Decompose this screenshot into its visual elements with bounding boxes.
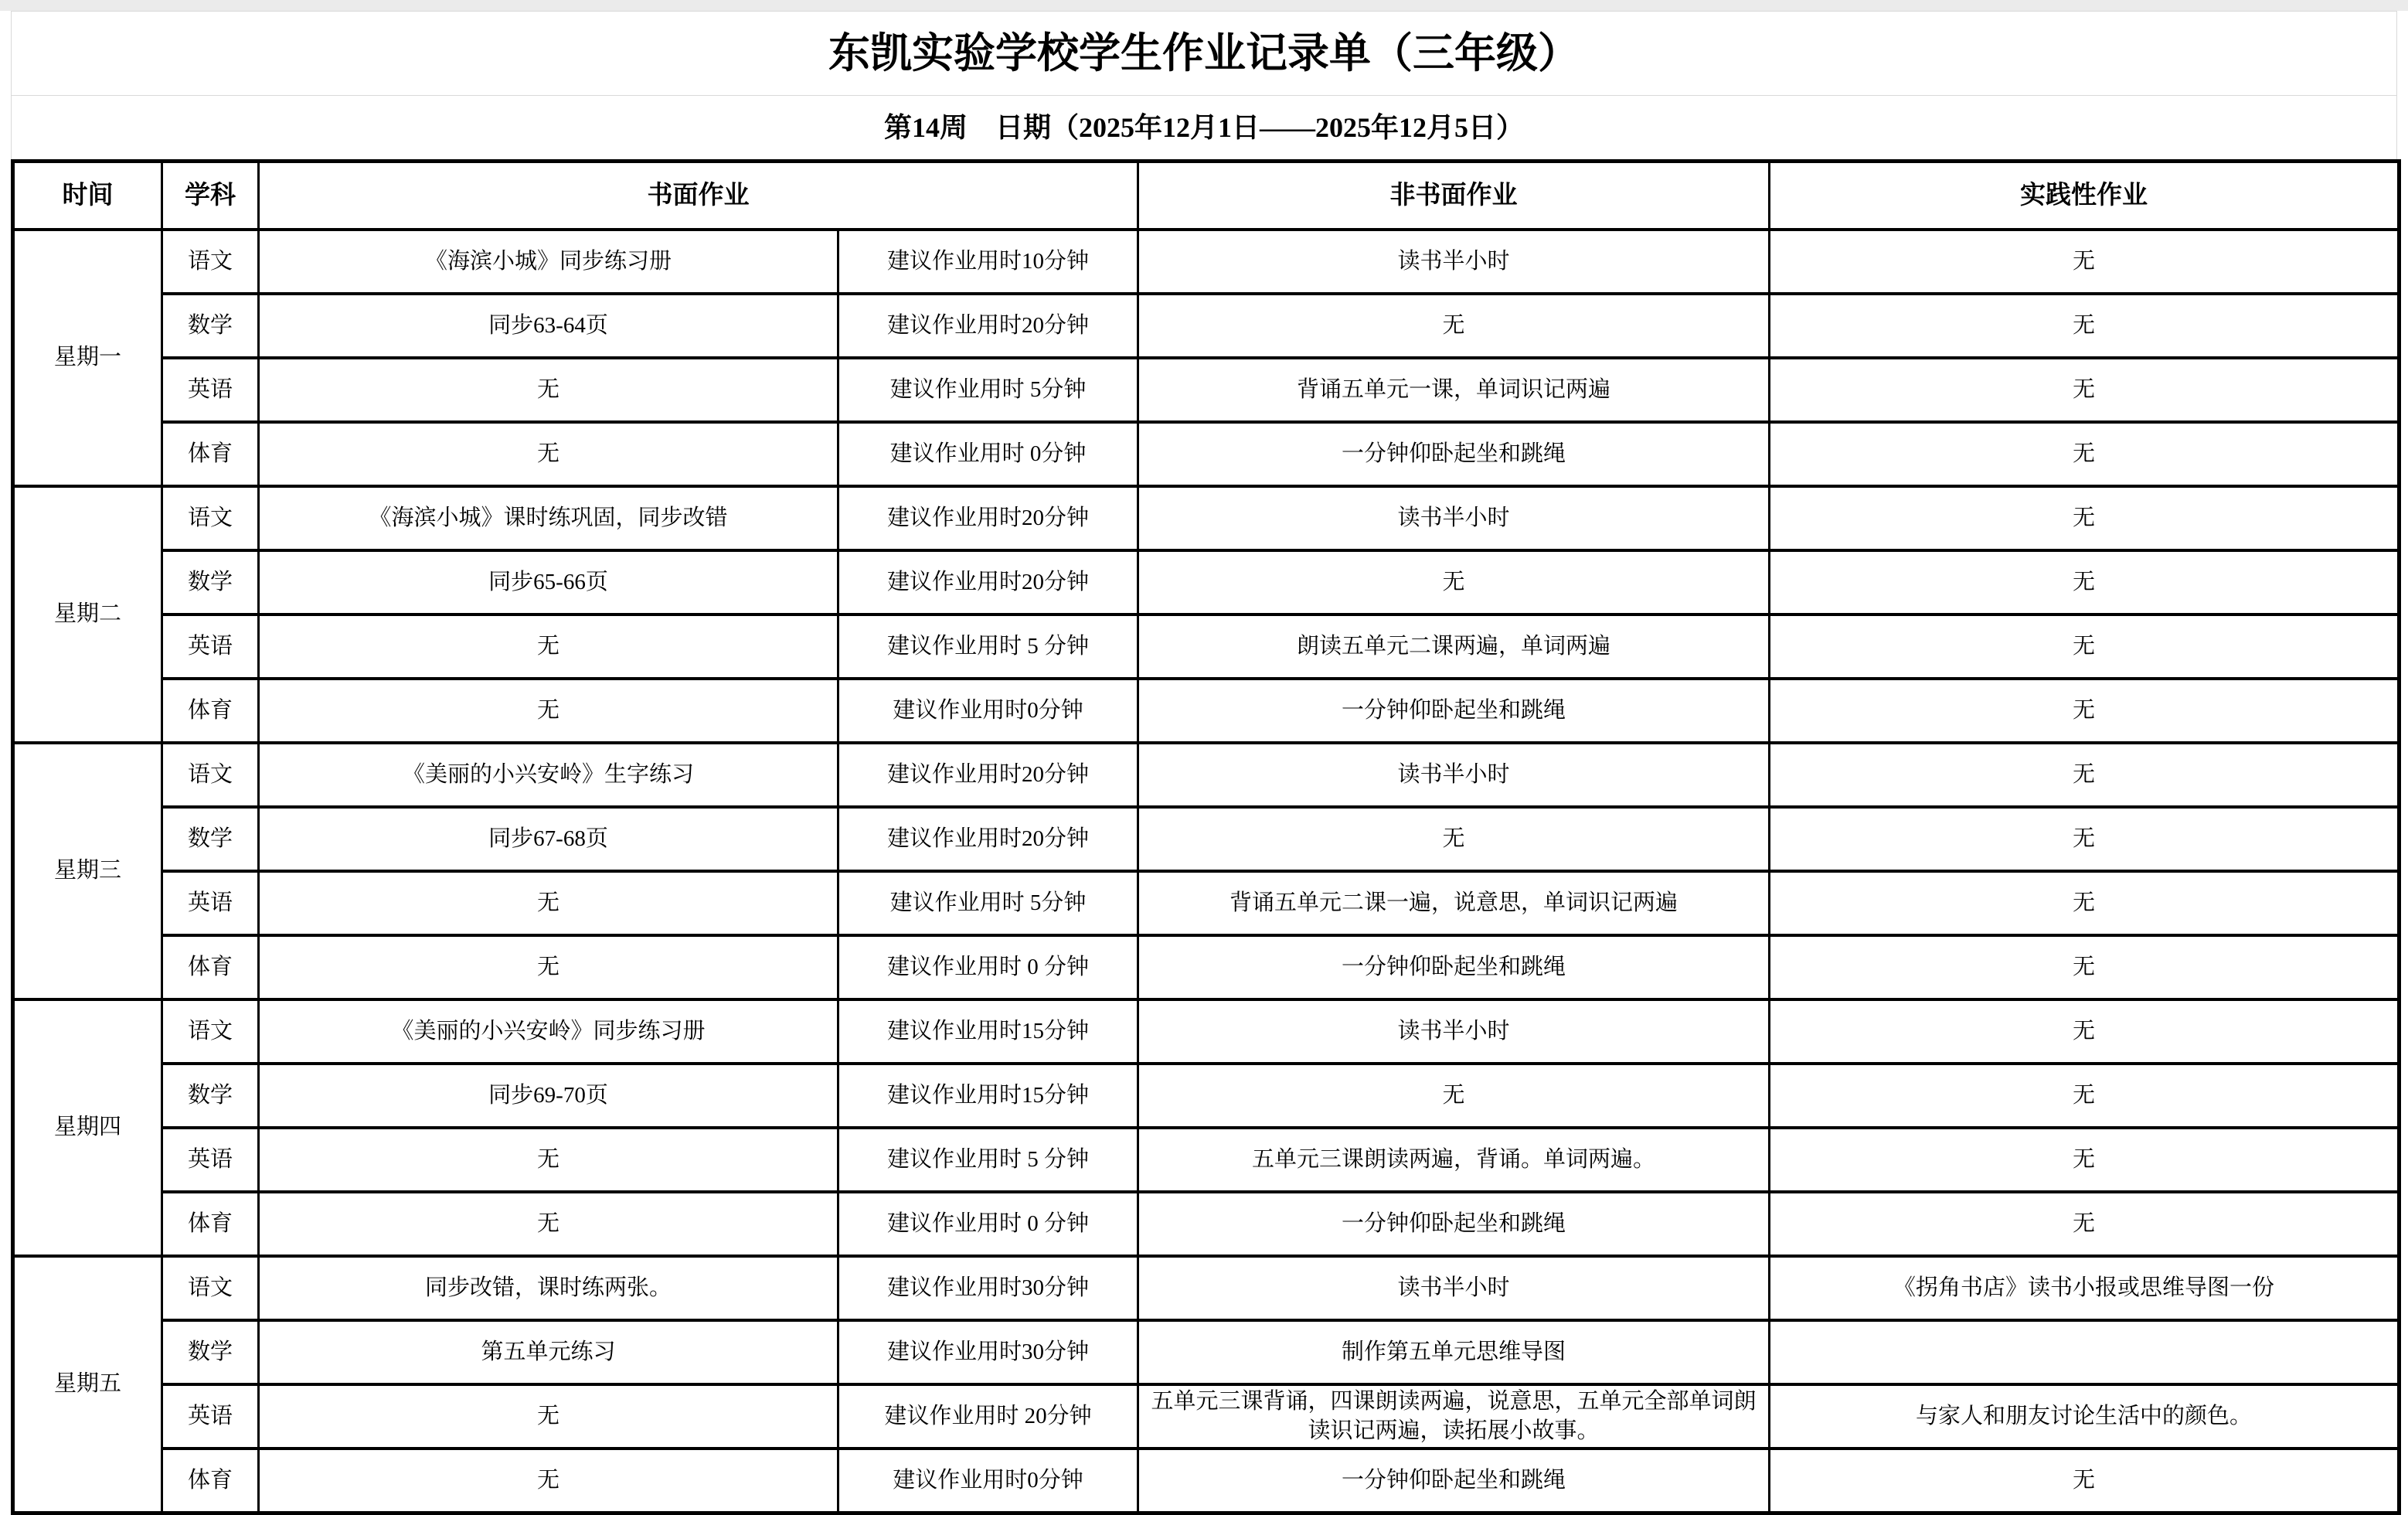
day-cell: 星期二 [13, 486, 162, 743]
table-row: 英语 无 建议作业用时 5 分钟 五单元三课朗读两遍，背诵。单词两遍。 无 [13, 1128, 2399, 1192]
non-written-homework-cell: 背诵五单元一课，单词识记两遍 [1138, 358, 1770, 422]
subject-cell: 体育 [162, 935, 259, 999]
written-homework-cell: 无 [259, 422, 838, 486]
non-written-homework-cell: 朗读五单元二课两遍，单词两遍 [1138, 615, 1770, 679]
table-row: 体育 无 建议作业用时 0 分钟 一分钟仰卧起坐和跳绳 无 [13, 935, 2399, 999]
duration-cell: 建议作业用时 5分钟 [838, 358, 1138, 422]
practical-homework-cell: 无 [1770, 486, 2399, 550]
practical-homework-cell: 无 [1770, 615, 2399, 679]
duration-cell: 建议作业用时20分钟 [838, 743, 1138, 807]
duration-cell: 建议作业用时20分钟 [838, 294, 1138, 358]
table-row: 英语 无 建议作业用时 20分钟 五单元三课背诵，四课朗读两遍，说意思，五单元全… [13, 1384, 2399, 1449]
practical-homework-cell: 无 [1770, 871, 2399, 935]
table-row: 数学 同步63-64页 建议作业用时20分钟 无 无 [13, 294, 2399, 358]
table-row: 英语 无 建议作业用时 5分钟 背诵五单元二课一遍，说意思，单词识记两遍 无 [13, 871, 2399, 935]
table-row: 体育 无 建议作业用时 0 分钟 一分钟仰卧起坐和跳绳 无 [13, 1192, 2399, 1256]
written-homework-cell: 《美丽的小兴安岭》生字练习 [259, 743, 838, 807]
written-homework-cell: 无 [259, 615, 838, 679]
written-homework-cell: 《海滨小城》同步练习册 [259, 230, 838, 294]
col-header-time: 时间 [13, 162, 162, 230]
table-row: 数学 第五单元练习 建议作业用时30分钟 制作第五单元思维导图 [13, 1320, 2399, 1384]
non-written-homework-cell: 读书半小时 [1138, 1256, 1770, 1320]
written-homework-cell: 无 [259, 358, 838, 422]
practical-homework-cell: 无 [1770, 422, 2399, 486]
subject-cell: 英语 [162, 871, 259, 935]
non-written-homework-cell: 制作第五单元思维导图 [1138, 1320, 1770, 1384]
table-row: 星期二 语文 《海滨小城》课时练巩固，同步改错 建议作业用时20分钟 读书半小时… [13, 486, 2399, 550]
duration-cell: 建议作业用时20分钟 [838, 550, 1138, 615]
table-row: 英语 无 建议作业用时 5 分钟 朗读五单元二课两遍，单词两遍 无 [13, 615, 2399, 679]
practical-homework-cell: 无 [1770, 935, 2399, 999]
practical-homework-cell: 无 [1770, 1064, 2399, 1128]
non-written-homework-cell: 读书半小时 [1138, 486, 1770, 550]
practical-homework-cell: 与家人和朋友讨论生活中的颜色。 [1770, 1384, 2399, 1449]
practical-homework-cell: 无 [1770, 679, 2399, 743]
duration-cell: 建议作业用时 20分钟 [838, 1384, 1138, 1449]
practical-homework-cell: 无 [1770, 1192, 2399, 1256]
non-written-homework-cell: 一分钟仰卧起坐和跳绳 [1138, 1192, 1770, 1256]
non-written-homework-cell: 无 [1138, 294, 1770, 358]
written-homework-cell: 同步改错，课时练两张。 [259, 1256, 838, 1320]
written-homework-cell: 无 [259, 1384, 838, 1449]
subject-cell: 英语 [162, 1128, 259, 1192]
non-written-homework-cell: 一分钟仰卧起坐和跳绳 [1138, 935, 1770, 999]
day-cell: 星期四 [13, 999, 162, 1256]
practical-homework-cell [1770, 1320, 2399, 1384]
col-header-non-written: 非书面作业 [1138, 162, 1770, 230]
practical-homework-cell: 无 [1770, 1128, 2399, 1192]
table-row: 数学 同步65-66页 建议作业用时20分钟 无 无 [13, 550, 2399, 615]
col-header-written: 书面作业 [259, 162, 1138, 230]
day-cell: 星期一 [13, 230, 162, 486]
duration-cell: 建议作业用时 0 分钟 [838, 1192, 1138, 1256]
table-row: 体育 无 建议作业用时0分钟 一分钟仰卧起坐和跳绳 无 [13, 1449, 2399, 1513]
homework-record-sheet: 东凯实验学校学生作业记录单（三年级） 第14周 日期（2025年12月1日——2… [0, 0, 2408, 1469]
written-homework-cell: 第五单元练习 [259, 1320, 838, 1384]
duration-cell: 建议作业用时20分钟 [838, 486, 1138, 550]
table-row: 英语 无 建议作业用时 5分钟 背诵五单元一课，单词识记两遍 无 [13, 358, 2399, 422]
written-homework-cell: 无 [259, 1128, 838, 1192]
table-row: 星期五 语文 同步改错，课时练两张。 建议作业用时30分钟 读书半小时 《拐角书… [13, 1256, 2399, 1320]
non-written-homework-cell: 无 [1138, 1064, 1770, 1128]
subject-cell: 数学 [162, 550, 259, 615]
day-cell: 星期五 [13, 1256, 162, 1513]
duration-cell: 建议作业用时30分钟 [838, 1256, 1138, 1320]
written-homework-cell: 无 [259, 1449, 838, 1513]
written-homework-cell: 无 [259, 679, 838, 743]
table-row: 星期一 语文 《海滨小城》同步练习册 建议作业用时10分钟 读书半小时 无 [13, 230, 2399, 294]
table-row: 体育 无 建议作业用时 0分钟 一分钟仰卧起坐和跳绳 无 [13, 422, 2399, 486]
practical-homework-cell: 无 [1770, 550, 2399, 615]
duration-cell: 建议作业用时 0 分钟 [838, 935, 1138, 999]
non-written-homework-cell: 一分钟仰卧起坐和跳绳 [1138, 422, 1770, 486]
subject-cell: 语文 [162, 230, 259, 294]
practical-homework-cell: 《拐角书店》读书小报或思维导图一份 [1770, 1256, 2399, 1320]
duration-cell: 建议作业用时30分钟 [838, 1320, 1138, 1384]
header-band: 东凯实验学校学生作业记录单（三年级） 第14周 日期（2025年12月1日——2… [11, 11, 2397, 160]
practical-homework-cell: 无 [1770, 230, 2399, 294]
subject-cell: 数学 [162, 807, 259, 871]
page-subtitle: 第14周 日期（2025年12月1日——2025年12月5日） [12, 96, 2396, 159]
duration-cell: 建议作业用时 5 分钟 [838, 615, 1138, 679]
subject-cell: 数学 [162, 1064, 259, 1128]
written-homework-cell: 无 [259, 871, 838, 935]
practical-homework-cell: 无 [1770, 807, 2399, 871]
day-cell: 星期三 [13, 743, 162, 999]
table-row: 数学 同步69-70页 建议作业用时15分钟 无 无 [13, 1064, 2399, 1128]
subject-cell: 语文 [162, 486, 259, 550]
duration-cell: 建议作业用时10分钟 [838, 230, 1138, 294]
duration-cell: 建议作业用时0分钟 [838, 679, 1138, 743]
subject-cell: 数学 [162, 294, 259, 358]
subject-cell: 英语 [162, 615, 259, 679]
non-written-homework-cell: 五单元三课朗读两遍，背诵。单词两遍。 [1138, 1128, 1770, 1192]
outer-background-strip [0, 0, 2408, 11]
written-homework-cell: 同步63-64页 [259, 294, 838, 358]
practical-homework-cell: 无 [1770, 743, 2399, 807]
subject-cell: 体育 [162, 679, 259, 743]
practical-homework-cell: 无 [1770, 358, 2399, 422]
non-written-homework-cell: 读书半小时 [1138, 743, 1770, 807]
non-written-homework-cell: 无 [1138, 550, 1770, 615]
duration-cell: 建议作业用时15分钟 [838, 999, 1138, 1064]
written-homework-cell: 同步65-66页 [259, 550, 838, 615]
subject-cell: 英语 [162, 358, 259, 422]
table-row: 数学 同步67-68页 建议作业用时20分钟 无 无 [13, 807, 2399, 871]
homework-table: 时间 学科 书面作业 非书面作业 实践性作业 星期一 语文 《海滨小城》同步练习… [11, 159, 2401, 1515]
written-homework-cell: 《海滨小城》课时练巩固，同步改错 [259, 486, 838, 550]
practical-homework-cell: 无 [1770, 1449, 2399, 1513]
non-written-homework-cell: 读书半小时 [1138, 999, 1770, 1064]
table-header-row: 时间 学科 书面作业 非书面作业 实践性作业 [13, 162, 2399, 230]
duration-cell: 建议作业用时20分钟 [838, 807, 1138, 871]
non-written-homework-cell: 一分钟仰卧起坐和跳绳 [1138, 679, 1770, 743]
non-written-homework-cell: 一分钟仰卧起坐和跳绳 [1138, 1449, 1770, 1513]
subject-cell: 体育 [162, 422, 259, 486]
non-written-homework-cell: 读书半小时 [1138, 230, 1770, 294]
table-row: 体育 无 建议作业用时0分钟 一分钟仰卧起坐和跳绳 无 [13, 679, 2399, 743]
subject-cell: 数学 [162, 1320, 259, 1384]
subject-cell: 语文 [162, 999, 259, 1064]
practical-homework-cell: 无 [1770, 294, 2399, 358]
non-written-homework-cell: 背诵五单元二课一遍，说意思，单词识记两遍 [1138, 871, 1770, 935]
subject-cell: 语文 [162, 743, 259, 807]
subject-cell: 体育 [162, 1449, 259, 1513]
subject-cell: 英语 [162, 1384, 259, 1449]
non-written-homework-cell: 五单元三课背诵，四课朗读两遍，说意思，五单元全部单词朗读识记两遍，读拓展小故事。 [1138, 1384, 1770, 1449]
duration-cell: 建议作业用时 5 分钟 [838, 1128, 1138, 1192]
written-homework-cell: 同步67-68页 [259, 807, 838, 871]
duration-cell: 建议作业用时 5分钟 [838, 871, 1138, 935]
practical-homework-cell: 无 [1770, 999, 2399, 1064]
subject-cell: 语文 [162, 1256, 259, 1320]
duration-cell: 建议作业用时0分钟 [838, 1449, 1138, 1513]
table-row: 星期三 语文 《美丽的小兴安岭》生字练习 建议作业用时20分钟 读书半小时 无 [13, 743, 2399, 807]
subject-cell: 体育 [162, 1192, 259, 1256]
written-homework-cell: 无 [259, 935, 838, 999]
written-homework-cell: 无 [259, 1192, 838, 1256]
non-written-homework-cell: 无 [1138, 807, 1770, 871]
duration-cell: 建议作业用时 0分钟 [838, 422, 1138, 486]
col-header-practical: 实践性作业 [1770, 162, 2399, 230]
duration-cell: 建议作业用时15分钟 [838, 1064, 1138, 1128]
page-title: 东凯实验学校学生作业记录单（三年级） [12, 12, 2396, 96]
written-homework-cell: 《美丽的小兴安岭》同步练习册 [259, 999, 838, 1064]
written-homework-cell: 同步69-70页 [259, 1064, 838, 1128]
table-row: 星期四 语文 《美丽的小兴安岭》同步练习册 建议作业用时15分钟 读书半小时 无 [13, 999, 2399, 1064]
col-header-subject: 学科 [162, 162, 259, 230]
